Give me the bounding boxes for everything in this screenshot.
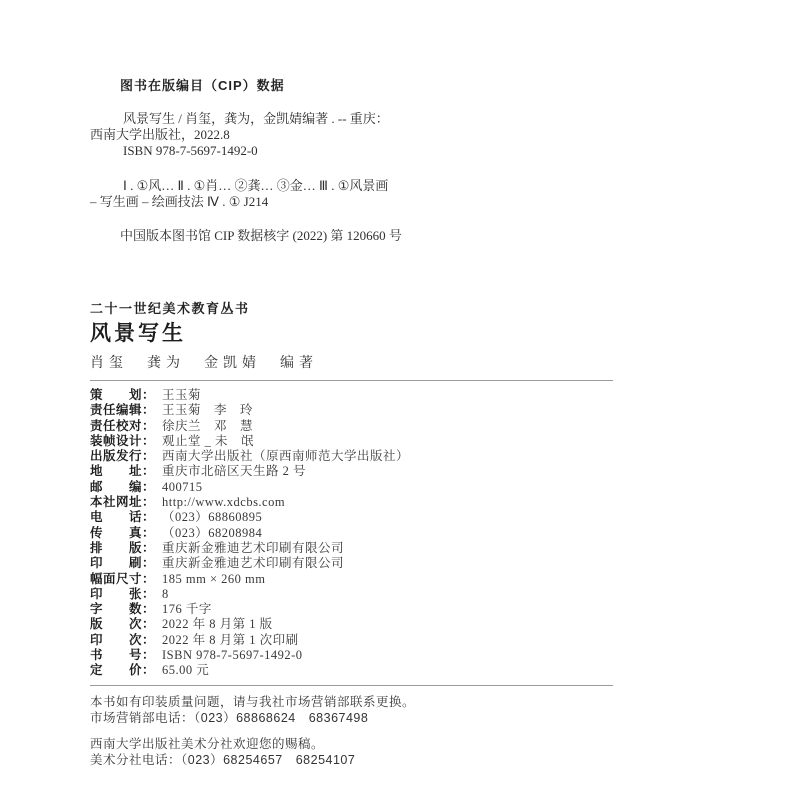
marketing-phone: 市场营销部电话：（023）68868624 68367498 bbox=[90, 710, 613, 726]
colophon-value: 2022 年 8 月第 1 次印刷 bbox=[162, 633, 299, 647]
colophon-value: 王玉菊 李 玲 bbox=[162, 403, 253, 417]
cip-record-line: 西南大学出版社，2022.8 bbox=[90, 127, 613, 143]
colophon-label: 定 价： bbox=[90, 663, 155, 678]
colophon-label: 本社网址： bbox=[90, 495, 155, 510]
colophon-label: 幅面尺寸： bbox=[90, 572, 155, 587]
colophon-value: 176 千字 bbox=[162, 602, 212, 616]
cip-classification-line: – 写生画 – 绘画技法 Ⅳ . ① J214 bbox=[90, 194, 613, 210]
colophon-value: 400715 bbox=[162, 480, 203, 494]
divider-top bbox=[90, 380, 613, 381]
cip-registry-number: 中国版本图书馆 CIP 数据核字 (2022) 第 120660 号 bbox=[120, 228, 613, 244]
colophon-value: （023）68860895 bbox=[162, 510, 262, 524]
copyright-page: 图书在版编目（CIP）数据 风景写生 / 肖玺，龚为，金凯婧编著 . -- 重庆… bbox=[0, 0, 800, 800]
colophon-label: 策 划： bbox=[90, 388, 155, 403]
submission-notice: 西南大学出版社美术分社欢迎您的赐稿。 bbox=[90, 736, 613, 752]
colophon-row-design: 装帧设计：观止堂 _ 未 氓 bbox=[90, 434, 613, 449]
colophon-value: http://www.xdcbs.com bbox=[162, 495, 285, 509]
colophon-label: 印 刷： bbox=[90, 556, 155, 571]
colophon-row-sheets: 印 张：8 bbox=[90, 587, 613, 602]
colophon-row-wordcount: 字 数：176 千字 bbox=[90, 602, 613, 617]
colophon-row-website: 本社网址：http://www.xdcbs.com bbox=[90, 495, 613, 510]
footer-notices: 本书如有印装质量问题，请与我社市场营销部联系更换。 市场营销部电话：（023）6… bbox=[90, 694, 613, 768]
colophon-label: 排 版： bbox=[90, 541, 155, 556]
colophon-value: 185 mm × 260 mm bbox=[162, 572, 265, 586]
colophon-value: 王玉菊 bbox=[162, 388, 201, 402]
colophon-value: 徐庆兰 邓 慧 bbox=[162, 419, 253, 433]
colophon-value: 8 bbox=[162, 587, 169, 601]
colophon-label: 装帧设计： bbox=[90, 434, 155, 449]
colophon-row-editor: 责任编辑：王玉菊 李 玲 bbox=[90, 403, 613, 418]
colophon-label: 传 真： bbox=[90, 526, 155, 541]
colophon-value: 重庆新金雅迪艺术印刷有限公司 bbox=[162, 541, 344, 555]
book-title: 风景写生 bbox=[90, 320, 613, 347]
title-block: 二十一世纪美术教育丛书 风景写生 肖玺 龚为 金凯婧 编著 bbox=[90, 300, 613, 373]
series-title: 二十一世纪美术教育丛书 bbox=[90, 300, 613, 317]
colophon-list: 策 划：王玉菊 责任编辑：王玉菊 李 玲 责任校对：徐庆兰 邓 慧 装帧设计：观… bbox=[90, 388, 613, 679]
colophon-row-planning: 策 划：王玉菊 bbox=[90, 388, 613, 403]
colophon-value: 重庆新金雅迪艺术印刷有限公司 bbox=[162, 556, 344, 570]
colophon-row-typesetting: 排 版：重庆新金雅迪艺术印刷有限公司 bbox=[90, 541, 613, 556]
colophon-label: 出版发行： bbox=[90, 449, 155, 464]
cip-isbn-line: ISBN 978-7-5697-1492-0 bbox=[90, 143, 613, 159]
cip-record-line: 风景写生 / 肖玺，龚为，金凯婧编著 . -- 重庆： bbox=[90, 111, 613, 127]
cip-record: 风景写生 / 肖玺，龚为，金凯婧编著 . -- 重庆： 西南大学出版社，2022… bbox=[90, 111, 613, 159]
cip-block: 图书在版编目（CIP）数据 风景写生 / 肖玺，龚为，金凯婧编著 . -- 重庆… bbox=[90, 78, 613, 244]
colophon-row-fax: 传 真：（023）68208984 bbox=[90, 526, 613, 541]
colophon-label: 字 数： bbox=[90, 602, 155, 617]
art-branch-phone: 美术分社电话：（023）68254657 68254107 bbox=[90, 752, 613, 768]
colophon-label: 责任编辑： bbox=[90, 403, 155, 418]
colophon-row-publisher: 出版发行：西南大学出版社（原西南师范大学出版社） bbox=[90, 449, 613, 464]
cip-classification-line: Ⅰ . ①风… Ⅱ . ①肖… ②龚… ③金… Ⅲ . ①风景画 bbox=[90, 178, 613, 194]
quality-notice: 本书如有印装质量问题，请与我社市场营销部联系更换。 bbox=[90, 694, 613, 710]
colophon-label: 地 址： bbox=[90, 464, 155, 479]
colophon-label: 版 次： bbox=[90, 617, 155, 632]
colophon-label: 印 张： bbox=[90, 587, 155, 602]
colophon-value: （023）68208984 bbox=[162, 526, 262, 540]
colophon-row-phone: 电 话：（023）68860895 bbox=[90, 510, 613, 525]
divider-bottom bbox=[90, 685, 613, 686]
colophon-value: 西南大学出版社（原西南师范大学出版社） bbox=[162, 449, 409, 463]
colophon-label: 电 话： bbox=[90, 510, 155, 525]
colophon-value: 观止堂 _ 未 氓 bbox=[162, 434, 254, 448]
colophon-row-edition: 版 次：2022 年 8 月第 1 版 bbox=[90, 617, 613, 632]
cip-classification: Ⅰ . ①风… Ⅱ . ①肖… ②龚… ③金… Ⅲ . ①风景画 – 写生画 –… bbox=[90, 178, 613, 210]
colophon-row-address: 地 址：重庆市北碚区天生路 2 号 bbox=[90, 464, 613, 479]
colophon-value: 重庆市北碚区天生路 2 号 bbox=[162, 464, 306, 478]
colophon-row-proofreader: 责任校对：徐庆兰 邓 慧 bbox=[90, 419, 613, 434]
colophon-value: 2022 年 8 月第 1 版 bbox=[162, 617, 273, 631]
colophon-value: 65.00 元 bbox=[162, 663, 209, 677]
colophon-value: ISBN 978-7-5697-1492-0 bbox=[162, 648, 303, 662]
cip-header: 图书在版编目（CIP）数据 bbox=[120, 78, 613, 94]
quality-notice-group: 本书如有印装质量问题，请与我社市场营销部联系更换。 市场营销部电话：（023）6… bbox=[90, 694, 613, 726]
colophon-row-printing: 印 刷：重庆新金雅迪艺术印刷有限公司 bbox=[90, 556, 613, 571]
colophon-label: 印 次： bbox=[90, 633, 155, 648]
submission-notice-group: 西南大学出版社美术分社欢迎您的赐稿。 美术分社电话：（023）68254657 … bbox=[90, 736, 613, 768]
colophon-label: 责任校对： bbox=[90, 419, 155, 434]
colophon-row-isbn: 书 号：ISBN 978-7-5697-1492-0 bbox=[90, 648, 613, 663]
authors-line: 肖玺 龚为 金凯婧 编著 bbox=[90, 354, 613, 373]
colophon-row-impression: 印 次：2022 年 8 月第 1 次印刷 bbox=[90, 633, 613, 648]
colophon-row-price: 定 价：65.00 元 bbox=[90, 663, 613, 678]
colophon-label: 书 号： bbox=[90, 648, 155, 663]
colophon-row-format: 幅面尺寸：185 mm × 260 mm bbox=[90, 572, 613, 587]
colophon-row-postcode: 邮 编：400715 bbox=[90, 480, 613, 495]
colophon-label: 邮 编： bbox=[90, 480, 155, 495]
